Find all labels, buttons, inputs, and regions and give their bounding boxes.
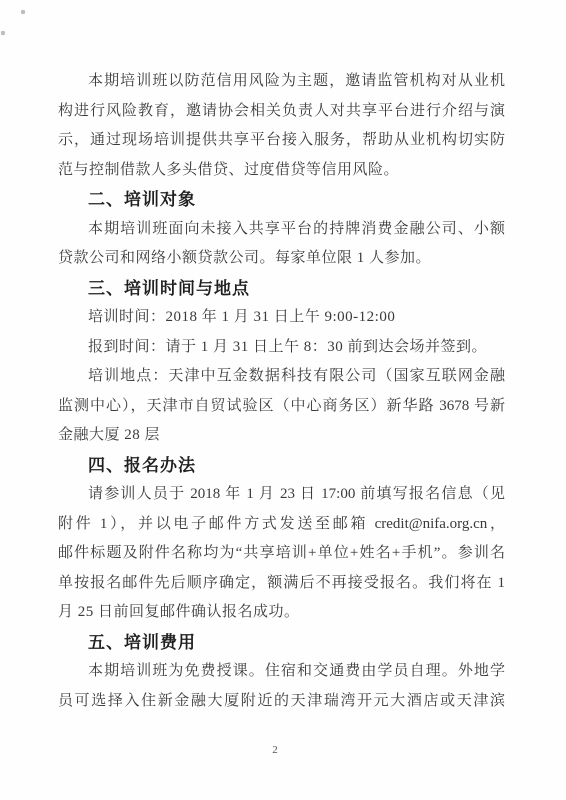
document-body: 本期培训班以防范信用风险为主题，邀请监管机构对从业机 构进行风险教育，邀请协会相… [58, 67, 505, 716]
text-line: 员可选择入住新金融大厦附近的天津瑞湾开元大酒店或天津滨 [58, 687, 505, 717]
text-line: 本期培训班面向未接入共享平台的持牌消费金融公司、小额 [58, 215, 505, 245]
text-line: 请参训人员于 2018 年 1 月 23 日 17:00 前填写报名信息（见 [58, 480, 505, 510]
heading-training-time-location: 三、培训时间与地点 [58, 274, 505, 304]
line-training-time: 培训时间：2018 年 1 月 31 日上午 9:00-12:00 [58, 303, 505, 333]
text-line: 贷款公司和网络小额贷款公司。每家单位限 1 人参加。 [58, 244, 505, 274]
text-line: 邮件标题及附件名称均为“共享培训+单位+姓名+手机”。参训名 [58, 539, 505, 569]
para-training-location: 培训地点：天津中互金数据科技有限公司（国家互联网金融 监测中心），天津市自贸试验… [58, 362, 505, 451]
para-registration: 请参训人员于 2018 年 1 月 23 日 17:00 前填写报名信息（见 附… [58, 480, 505, 628]
para-fee: 本期培训班为免费授课。住宿和交通费由学员自理。外地学 员可选择入住新金融大厦附近… [58, 657, 505, 716]
heading-training-fee: 五、培训费用 [58, 628, 505, 658]
text-line: 范与控制借款人多头借贷、过度借贷等信用风险。 [58, 156, 505, 186]
text-line: 培训时间：2018 年 1 月 31 日上午 9:00-12:00 [58, 303, 505, 333]
text-line: 本期培训班以防范信用风险为主题，邀请监管机构对从业机 [58, 67, 505, 97]
text-line: 本期培训班为免费授课。住宿和交通费由学员自理。外地学 [58, 657, 505, 687]
line-checkin-time: 报到时间：请于 1 月 31 日上午 8：30 前到达会场并签到。 [58, 333, 505, 363]
text-line: 金融大厦 28 层 [58, 421, 505, 451]
heading-training-audience: 二、培训对象 [58, 185, 505, 215]
text-line: 月 25 日前回复邮件确认报名成功。 [58, 598, 505, 628]
text-line: 示，通过现场培训提供共享平台接入服务，帮助从业机构切实防 [58, 126, 505, 156]
para-intro: 本期培训班以防范信用风险为主题，邀请监管机构对从业机 构进行风险教育，邀请协会相… [58, 67, 505, 185]
text-line: 报到时间：请于 1 月 31 日上午 8：30 前到达会场并签到。 [58, 333, 505, 363]
text-line: 监测中心），天津市自贸试验区（中心商务区）新华路 3678 号新 [58, 392, 505, 422]
heading-registration-method: 四、报名办法 [58, 451, 505, 481]
scan-speck-icon [1, 31, 6, 36]
text-line: 培训地点：天津中互金数据科技有限公司（国家互联网金融 [58, 362, 505, 392]
page-number: 2 [0, 744, 550, 756]
scan-speck-icon [21, 10, 26, 15]
para-training-audience: 本期培训班面向未接入共享平台的持牌消费金融公司、小额 贷款公司和网络小额贷款公司… [58, 215, 505, 274]
text-line: 构进行风险教育，邀请协会相关负责人对共享平台进行介绍与演 [58, 97, 505, 127]
text-line: 附件 1），并以电子邮件方式发送至邮箱 credit@nifa.org.cn， [58, 510, 505, 540]
text-line: 单按报名邮件先后顺序确定，额满后不再接受报名。我们将在 1 [58, 569, 505, 599]
document-page: { "colors":{ "paper":"#fefefe", "ink":"#… [0, 0, 566, 800]
